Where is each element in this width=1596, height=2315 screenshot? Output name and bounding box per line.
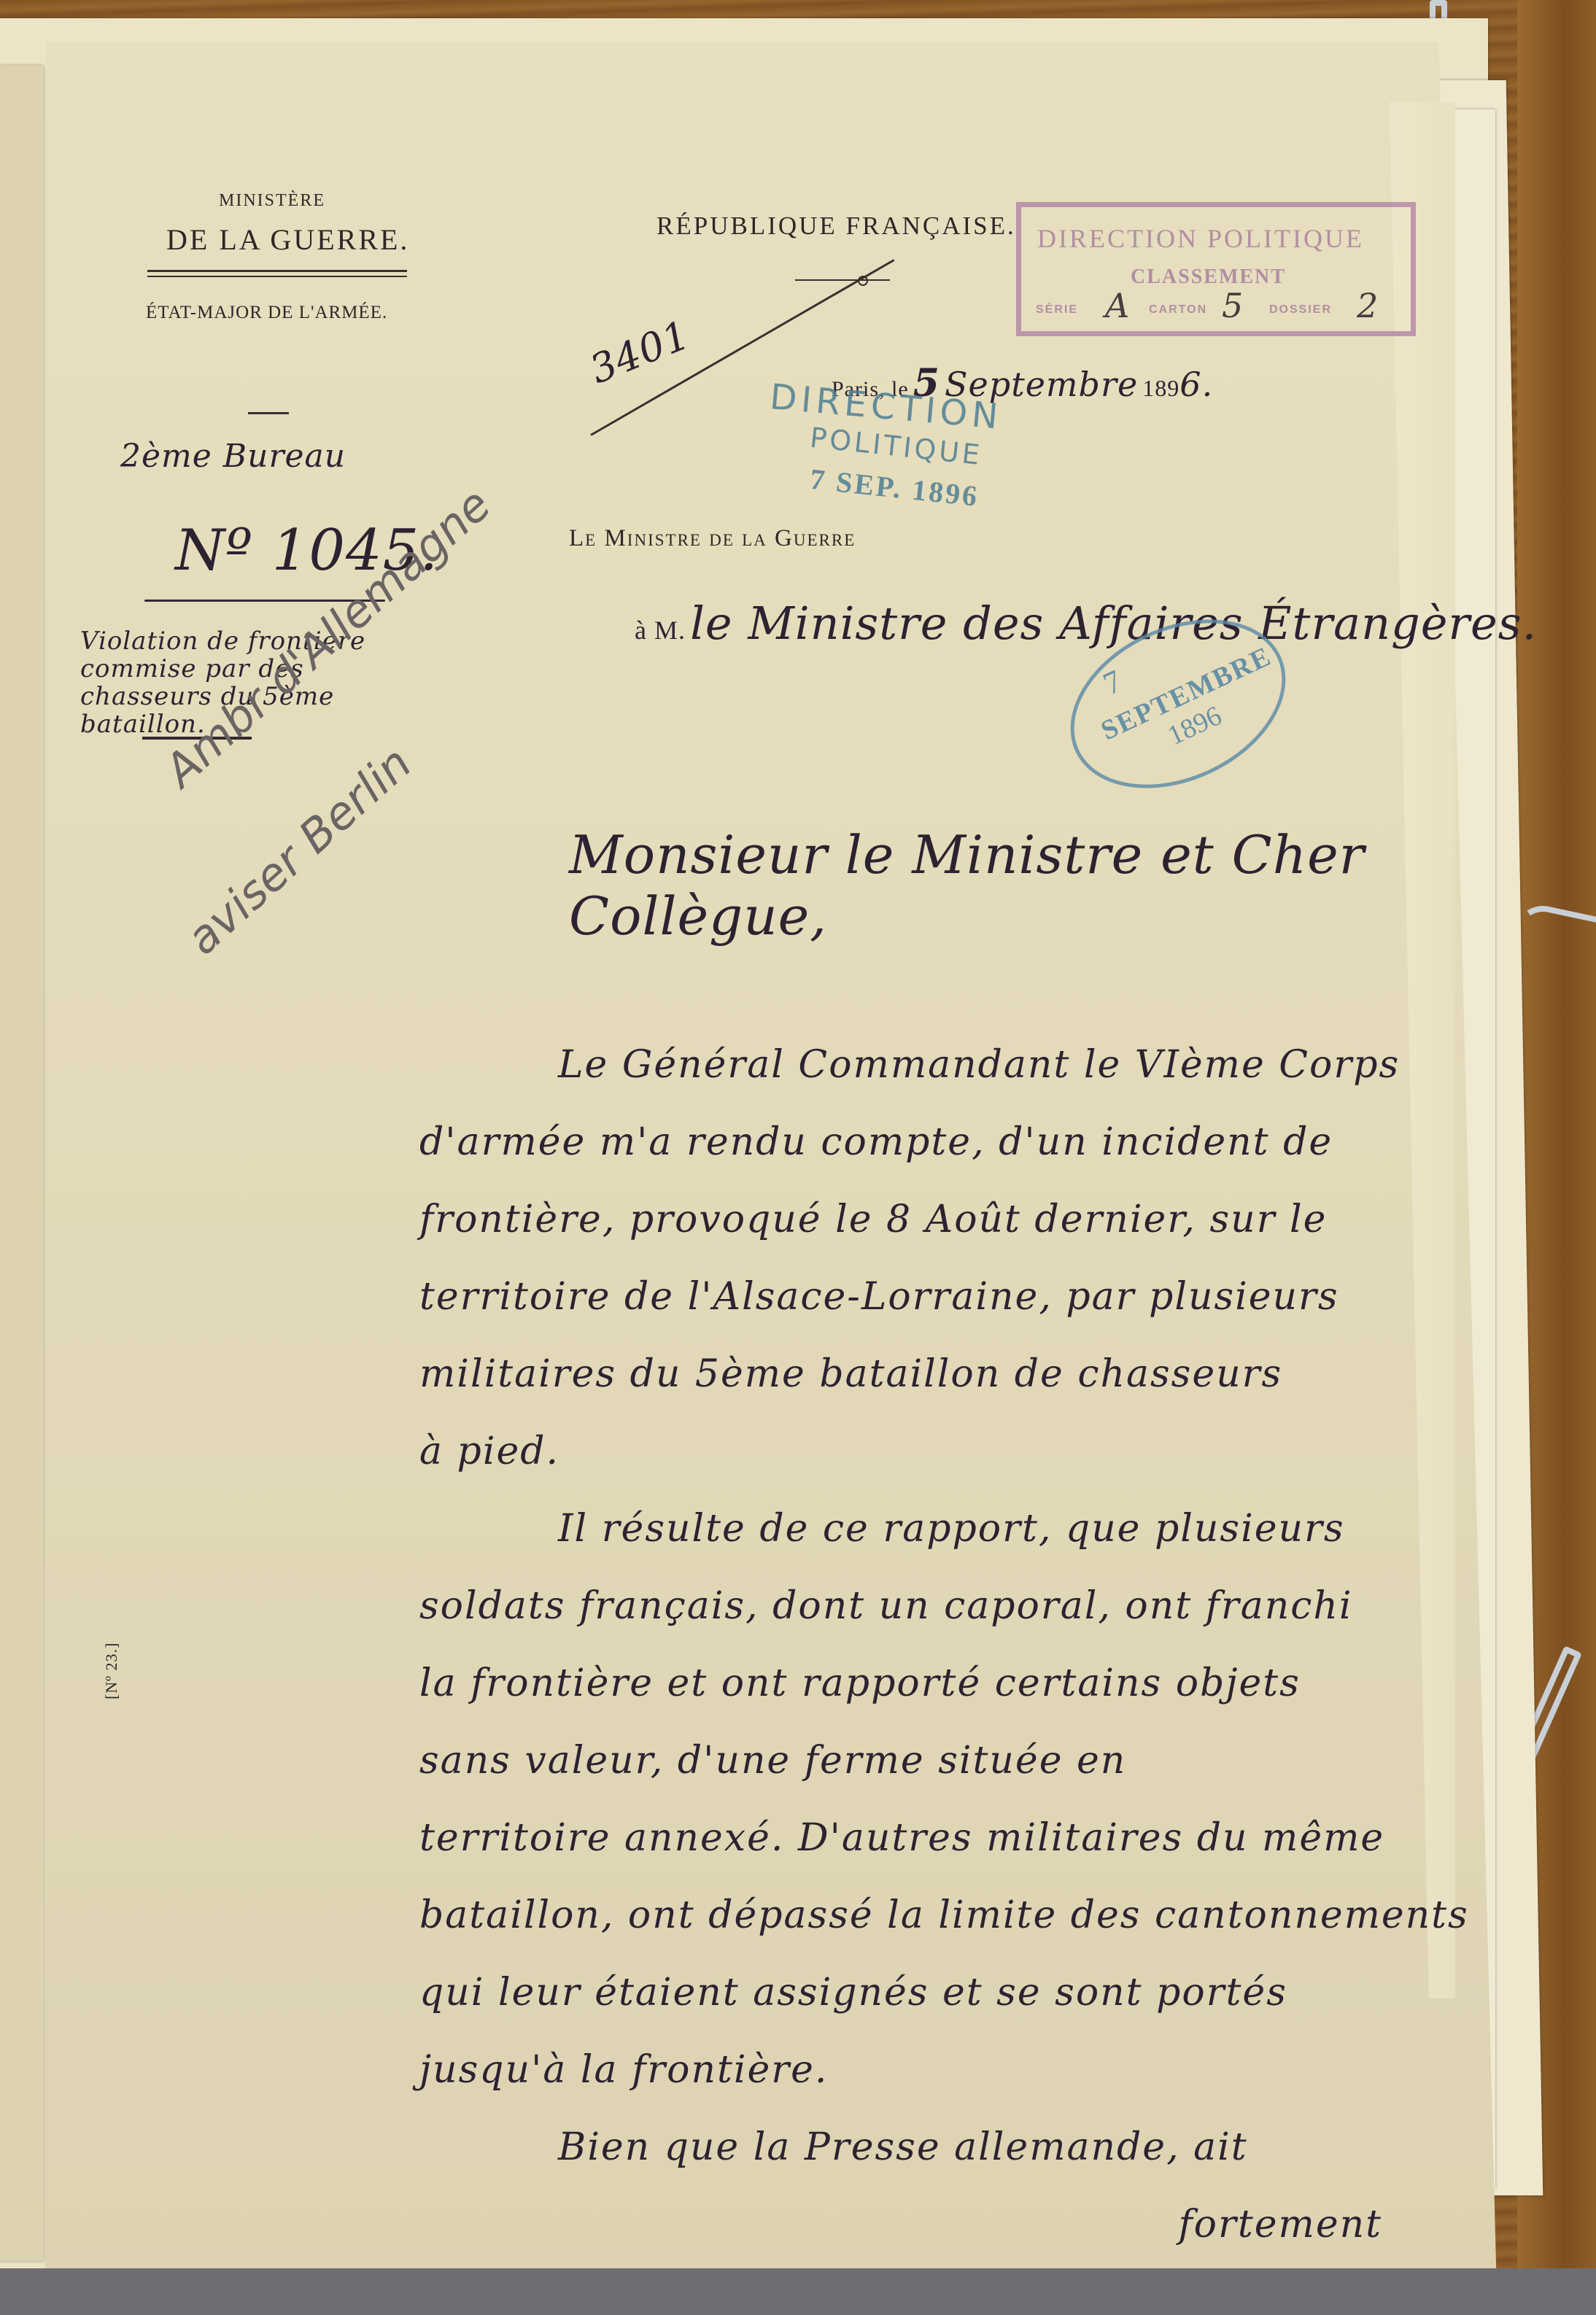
divider bbox=[248, 412, 289, 414]
form-number: [Nº 23.] bbox=[102, 1643, 121, 1699]
dossier-label: DOSSIER bbox=[1269, 303, 1332, 317]
body-line: Le Général Commandant le VIème Corps bbox=[419, 1043, 1426, 1120]
ministry-label: MINISTÈRE bbox=[219, 191, 325, 211]
body-line: soldats français, dont un caporal, ont f… bbox=[419, 1584, 1426, 1661]
body-line: à pied. bbox=[419, 1430, 1426, 1507]
bureau-label: 2ème Bureau bbox=[120, 438, 346, 475]
divider bbox=[147, 276, 407, 277]
body-line: bataillon, ont dépassé la limite des can… bbox=[419, 1893, 1426, 1971]
stamp-title: DIRECTION POLITIQUE bbox=[1037, 223, 1364, 254]
ornament-line bbox=[795, 279, 890, 281]
dossier-value: 2 bbox=[1357, 286, 1378, 325]
body-line: Il résulte de ce rapport, que plusieurs bbox=[419, 1507, 1426, 1584]
ministry-name: DE LA GUERRE. bbox=[166, 222, 409, 257]
catchword: fortement bbox=[419, 2203, 1426, 2280]
body-line: territoire annexé. D'autres militaires d… bbox=[419, 1816, 1426, 1893]
dateline-year-handwritten: 6. bbox=[1179, 365, 1213, 404]
body-line: sans valeur, d'une ferme située en bbox=[419, 1739, 1426, 1816]
addressee-name: le Ministre des Affaires Étrangères. bbox=[690, 597, 1537, 650]
underlying-sheet-left bbox=[0, 66, 44, 2261]
body-line: qui leur étaient assignés et se sont por… bbox=[419, 1971, 1426, 2048]
body-line: Bien que la Presse allemande, ait bbox=[419, 2125, 1426, 2203]
addressee: à M. le Ministre des Affaires Étrangères… bbox=[635, 597, 1537, 650]
carton-label: CARTON bbox=[1149, 303, 1207, 317]
sender: Le Ministre de la Guerre bbox=[569, 525, 856, 552]
body-line: la frontière et ont rapporté certains ob… bbox=[419, 1661, 1426, 1739]
serie-label: SÉRIE bbox=[1036, 303, 1078, 317]
classement-stamp: DIRECTION POLITIQUE CLASSEMENT SÉRIE A C… bbox=[1016, 202, 1416, 336]
carton-value: 5 bbox=[1222, 286, 1243, 325]
oval-stamp-day: 7 bbox=[1097, 662, 1127, 703]
republic-heading: RÉPUBLIQUE FRANÇAISE. bbox=[656, 212, 1016, 241]
stamp-subtitle: CLASSEMENT bbox=[1131, 265, 1286, 289]
serie-value: A bbox=[1105, 286, 1129, 325]
department-name: ÉTAT-MAJOR DE L'ARMÉE. bbox=[146, 303, 387, 323]
body-line: d'armée m'a rendu compte, d'un incident … bbox=[419, 1120, 1426, 1198]
addressee-prefix: à M. bbox=[635, 616, 686, 645]
ornament-dot bbox=[858, 276, 868, 286]
body-line: jusqu'à la frontière. bbox=[419, 2048, 1426, 2125]
letter-body: Le Général Commandant le VIème Corps d'a… bbox=[419, 1043, 1426, 2280]
body-line: frontière, provoqué le 8 Août dernier, s… bbox=[419, 1198, 1426, 1275]
salutation: Monsieur le Ministre et Cher Collègue, bbox=[569, 824, 1596, 947]
body-line: militaires du 5ème bataillon de chasseur… bbox=[419, 1352, 1426, 1430]
dateline-year-printed: 189 bbox=[1142, 375, 1179, 401]
body-line: territoire de l'Alsace-Lorraine, par plu… bbox=[419, 1275, 1426, 1352]
divider bbox=[147, 270, 407, 272]
